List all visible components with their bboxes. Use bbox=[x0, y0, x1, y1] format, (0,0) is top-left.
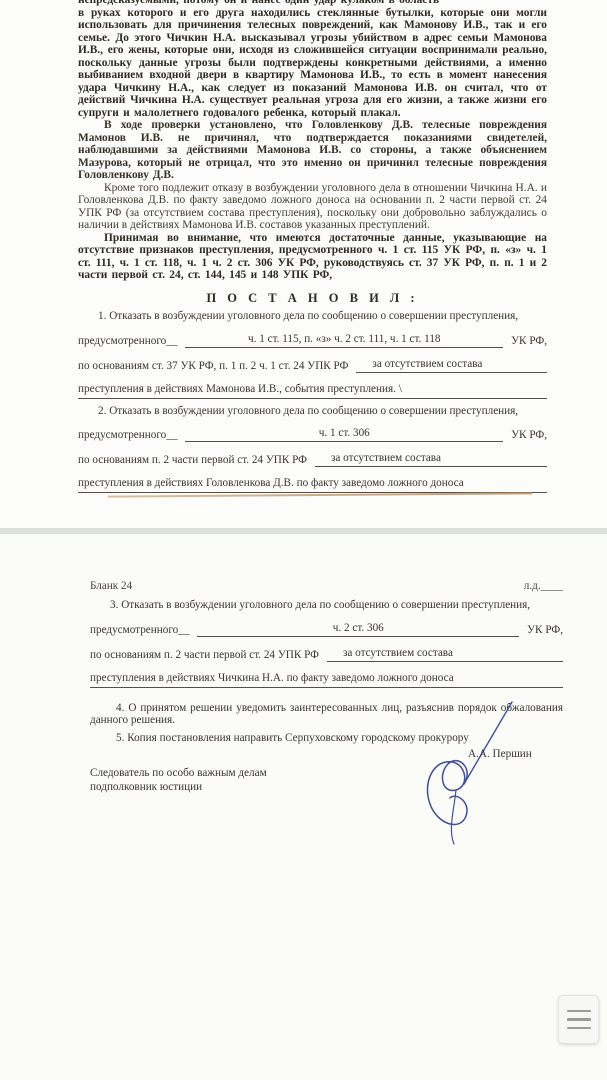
item1-pred-suffix: УК РФ, bbox=[511, 335, 547, 348]
signer-name: А.А. Першин bbox=[468, 748, 532, 760]
scanned-page-1: непредсказуемыми, потому он и нанес один… bbox=[0, 0, 607, 528]
item1-predusmotrennogo-row: предусмотренного__ ч. 1 ст. 115, п. «з» … bbox=[78, 333, 547, 348]
item2-osn-blank-field: за отсутствием состава bbox=[315, 452, 547, 467]
item2-osnovaniya-row: по основаниям п. 2 части первой ст. 24 У… bbox=[78, 452, 547, 467]
page1-text-column: непредсказуемыми, потому он и нанес один… bbox=[78, 0, 547, 493]
item1-tail-line: преступления в действиях Мамонова И.В., … bbox=[78, 383, 547, 399]
item1-osnovaniya-row: по основаниям ст. 37 УК РФ, п. 1 п. 2 ч.… bbox=[78, 358, 547, 373]
paragraph-threats: в руках которого и его друга находились … bbox=[78, 7, 547, 120]
item3-osn-blank-field: за отсутствием состава bbox=[327, 647, 563, 662]
item2-osn-label: по основаниям п. 2 части первой ст. 24 У… bbox=[78, 454, 307, 467]
item3-osnovaniya-row: по основаниям п. 2 части первой ст. 24 У… bbox=[90, 647, 563, 662]
item1-pred-blank-field: ч. 1 ст. 115, п. «з» ч. 2 ст. 111, ч. 1 … bbox=[185, 333, 503, 348]
item2-predusmotrennogo-row: предусмотренного__ ч. 1 ст. 306 УК РФ, bbox=[78, 427, 547, 442]
page2-text-column: Бланк 24 л.д.____ 3. Отказать в возбужде… bbox=[90, 580, 563, 794]
item1-pred-label: предусмотренного__ bbox=[78, 335, 177, 348]
menu-button[interactable] bbox=[558, 995, 599, 1044]
item3-pred-suffix: УК РФ, bbox=[527, 624, 563, 637]
resolution-item-1: 1. Отказать в возбуждении уголовного дел… bbox=[78, 310, 547, 399]
resolution-item-2: 2. Отказать в возбуждении уголовного дел… bbox=[78, 405, 547, 494]
item3-osn-label: по основаниям п. 2 части первой ст. 24 У… bbox=[90, 649, 319, 662]
paragraph-prinimaya: Принимая во внимание, что имеются достат… bbox=[78, 232, 547, 282]
item1-opening: 1. Отказать в возбуждении уголовного дел… bbox=[78, 310, 547, 323]
scanned-page-2: Бланк 24 л.д.____ 3. Отказать в возбужде… bbox=[0, 534, 607, 1080]
item2-pred-label: предусмотренного__ bbox=[78, 429, 177, 442]
handwritten-signature-icon bbox=[408, 698, 526, 853]
page2-header: Бланк 24 л.д.____ bbox=[90, 580, 563, 593]
paragraph-krome-togo: Кроме того подлежит отказу в возбуждении… bbox=[78, 182, 547, 232]
case-sheet-label: л.д.____ bbox=[524, 580, 563, 593]
item3-predusmotrennogo-row: предусмотренного__ ч. 2 ст. 306 УК РФ, bbox=[90, 622, 563, 637]
paper-fold-line bbox=[108, 492, 532, 497]
item3-pred-label: предусмотренного__ bbox=[90, 624, 189, 637]
item2-opening: 2. Отказать в возбуждении уголовного дел… bbox=[78, 405, 547, 418]
resolution-heading: П О С Т А Н О В И Л : bbox=[78, 292, 547, 305]
form-number-label: Бланк 24 bbox=[90, 580, 132, 593]
item2-pred-suffix: УК РФ, bbox=[511, 429, 547, 442]
item1-osn-blank-field: за отсутствием состава bbox=[356, 358, 547, 373]
item3-pred-blank-field: ч. 2 ст. 306 bbox=[197, 622, 519, 637]
item1-osn-label: по основаниям ст. 37 УК РФ, п. 1 п. 2 ч.… bbox=[78, 360, 348, 373]
item3-opening: 3. Отказать в возбуждении уголовного дел… bbox=[90, 599, 563, 612]
item3-tail-line: преступления в действиях Чичкина Н.А. по… bbox=[90, 672, 563, 688]
resolution-item-3: 3. Отказать в возбуждении уголовного дел… bbox=[90, 599, 563, 688]
paragraph-check-findings: В ходе проверки установлено, что Головле… bbox=[78, 119, 547, 182]
item2-tail-line: преступления в действиях Головленкова Д.… bbox=[78, 477, 547, 493]
item2-pred-blank-field: ч. 1 ст. 306 bbox=[185, 427, 503, 442]
